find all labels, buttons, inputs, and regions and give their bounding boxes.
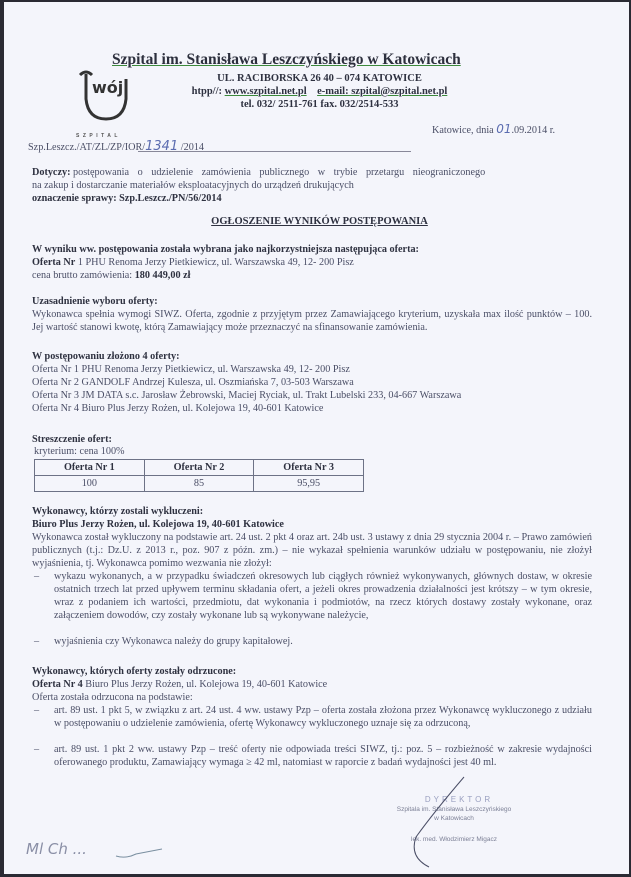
column-header: Oferta Nr 2 [144,460,254,476]
initials-stroke-icon [114,847,164,859]
winner-price: cena brutto zamówienia: 180 449,00 zł [32,269,190,282]
rejected-basis: Oferta została odrzucona na podstawie: [32,691,193,704]
rejected-bullet: art. 89 ust. 1 pkt 2 ww. ustawy Pzp – tr… [54,743,592,769]
document-date: Katowice, dnia 01.09.2014 r. [432,123,555,137]
logo-caption: SZPITAL [76,133,121,139]
excluded-bullet: wyjaśnienia czy Wykonawca należy do grup… [54,635,293,648]
handwritten-day: 01 [496,122,511,136]
announcement-title: OGŁOSZENIE WYNIKÓW POSTĘPOWANIA [4,216,631,227]
excluded-bullet: wykazu wykonanych, a w przypadku świadcz… [54,570,592,622]
table-cell: 85 [144,476,254,492]
reference-number: Szp.Leszcz./AT/ZL/ZP/IOR/1341 /2014 [28,140,204,154]
offer-item: Oferta Nr 1 PHU Renoma Jerzy Pietkiewicz… [32,363,350,376]
column-header: Oferta Nr 3 [254,460,364,476]
document-page: Szpital im. Stanisława Leszczyńskiego w … [4,2,629,874]
winner-offer: Oferta Nr 1 PHU Renoma Jerzy Pietkiewicz… [32,256,354,269]
bullet-dash: – [34,704,39,717]
bullet-dash: – [34,743,39,756]
handwritten-ref: 1341 [145,139,178,154]
column-header: Oferta Nr 1 [35,460,145,476]
table-cell: 95,95 [254,476,364,492]
table-cell: 100 [35,476,145,492]
hospital-title: Szpital im. Stanisława Leszczyńskiego w … [112,51,461,69]
excluded-company: Biuro Plus Jerzy Rożen, ul. Kolejowa 19,… [32,518,284,531]
offer-item: Oferta Nr 4 Biuro Plus Jerzy Rożen, ul. … [32,402,323,415]
table-row: 100 85 95,95 [35,476,364,492]
offers-heading: W postępowaniu złożono 4 oferty: [32,350,180,363]
bullet-dash: – [34,570,39,583]
signature-stroke-icon [404,772,474,872]
summary-criterion: kryterium: cena 100% [34,445,125,458]
offer-item: Oferta Nr 3 JM DATA s.c. Jarosław Żebrow… [32,389,461,402]
excluded-heading: Wykonawcy, którzy zostali wykluczeni: [32,505,203,518]
case-number: oznaczenie sprawy: Szp.Leszcz./PN/56/201… [32,192,222,205]
table-header-row: Oferta Nr 1 Oferta Nr 2 Oferta Nr 3 [35,460,364,476]
contact-web-line: htpp//: www.szpital.net.pl e-mail: szpit… [4,86,631,97]
rejected-bullet: art. 89 ust. 1 pkt 5, w związku z art. 2… [54,704,592,730]
excluded-text: Wykonawca został wykluczony na podstawie… [32,531,592,570]
winner-heading: W wyniku ww. postępowania została wybran… [32,243,419,256]
subject-line-2: na zakup i dostarczanie materiałów ekspl… [32,179,354,192]
offer-item: Oferta Nr 2 GANDOLF Andrzej Kulesza, ul.… [32,376,354,389]
address-line: UL. RACIBORSKA 26 40 – 074 KATOWICE [4,73,631,84]
phone-line: tel. 032/ 2511-761 fax. 032/2514-533 [4,99,631,110]
website-link[interactable]: www.szpital.net.pl [225,86,307,97]
rejected-offer: Oferta Nr 4 Biuro Plus Jerzy Rożen, ul. … [32,678,327,691]
justification-heading: Uzasadnienie wyboru oferty: [32,295,158,308]
bullet-dash: – [34,635,39,648]
justification-text: Wykonawca spełnia wymogi SIWZ. Oferta, z… [32,308,592,334]
subject-line: Dotyczy: postępowania o udzielenie zamów… [32,166,584,179]
rejected-heading: Wykonawcy, których oferty zostały odrzuc… [32,665,236,678]
email-link[interactable]: e-mail: szpital@szpital.net.pl [317,86,447,97]
summary-table: Oferta Nr 1 Oferta Nr 2 Oferta Nr 3 100 … [34,459,364,492]
handwritten-initials: Ml Ch ... [26,840,87,858]
